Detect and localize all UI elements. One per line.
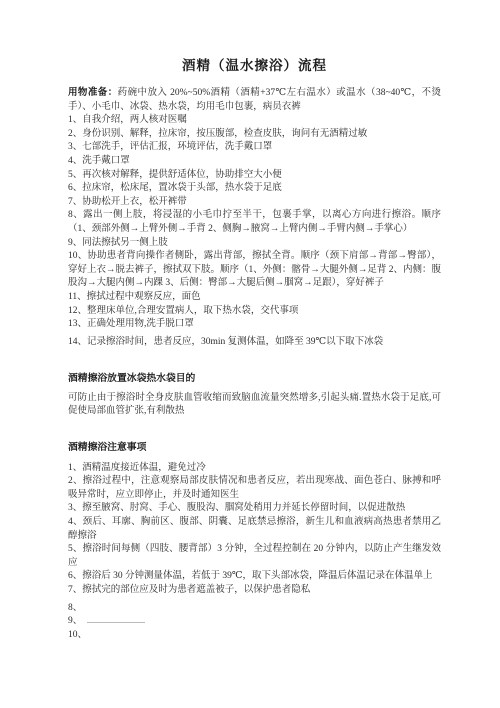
prep-text: 药碗中放入 20%~50%酒精（酒精+37℃左右温水）或温水（38~40℃，不烫…	[68, 88, 441, 112]
flow-step-3: 3、七部洗手，评估汇报，环境评估，洗手戴口罩	[68, 141, 441, 155]
faint-underline-mark	[87, 622, 145, 623]
flow-step-1: 1、自我介绍，两人核对医嘱	[68, 114, 441, 128]
note-item-2: 2、擦浴过程中，注意观察局部皮肤情况和患者反应，若出现寒战、面色苍白、脉搏和呼吸…	[68, 475, 441, 502]
prep-label: 用物准备：	[68, 88, 118, 98]
note-item-9-number: 9、	[68, 616, 82, 626]
prep-paragraph: 用物准备：药碗中放入 20%~50%酒精（酒精+37℃左右温水）或温水（38~4…	[68, 87, 441, 114]
flow-step-11: 11、擦拭过程中观察反应，面色	[68, 291, 441, 305]
document-page: 酒精（温水擦浴）流程 用物准备：药碗中放入 20%~50%酒精（酒精+37℃左右…	[0, 0, 500, 708]
flow-step-8: 8、露出一侧上肢，将浸湿的小毛巾拧至半干，包裹手掌，以离心方向进行擦浴。顺序（1…	[68, 209, 441, 236]
flow-step-10: 10、协助患者背向操作者侧卧，露出背部，擦拭全背。顺序（颈下肩部→背部→臀部），…	[68, 250, 441, 291]
note-item-9: 9、	[68, 615, 441, 629]
page-title: 酒精（温水擦浴）流程	[68, 54, 441, 74]
flow-step-9: 9、同法擦拭另一侧上肢	[68, 237, 441, 251]
note-item-4: 4、颈后、耳廓、胸前区、腹部、阴囊、足底禁忌擦浴，新生儿和血液病高热患者禁用乙醇…	[68, 516, 441, 543]
note-item-7: 7、擦拭完的部位应及时为患者遮盖被子，以保护患者隐私	[68, 584, 441, 598]
note-item-1: 1、酒精温度接近体温，避免过冷	[68, 462, 441, 476]
flow-step-14: 14、记录擦浴时间，患者反应，30min 复测体温，如降至 39℃以下取下冰袋	[68, 336, 441, 350]
flow-step-6: 6、拉床帘，松床尾，置冰袋于头部，热水袋于足底	[68, 182, 441, 196]
purpose-section-heading: 酒精擦浴放置冰袋热水袋目的	[68, 372, 441, 386]
flow-step-7: 7、协助松开上衣，松开裤带	[68, 196, 441, 210]
note-item-10: 10、	[68, 629, 441, 643]
flow-step-12: 12、整理床单位,合理安置病人，取下热水袋，交代事项	[68, 305, 441, 319]
notes-section-heading: 酒精擦浴注意事项	[68, 441, 441, 455]
note-item-5: 5、擦浴时间每侧（四肢、腰背部）3 分钟，全过程控制在 20 分钟内，以防止产生…	[68, 543, 441, 570]
flow-step-5: 5、再次核对解释，提供舒适体位，协助排空大小便	[68, 169, 441, 183]
flow-step-4: 4、洗手戴口罩	[68, 155, 441, 169]
flow-step-2: 2、身份识别、解释，拉床帘，按压腹部，检查皮肤，询问有无酒精过敏	[68, 128, 441, 142]
note-item-3: 3、擦至腋窝、肘窝、手心、腹股沟、腘窝处稍用力并延长停留时间，以促进散热	[68, 502, 441, 516]
flow-step-13: 13、正确处理用物,洗手脱口罩	[68, 318, 441, 332]
note-item-8: 8、	[68, 602, 441, 616]
purpose-body: 可防止由于擦浴时全身皮肤血管收缩而致脑血流量突然增多,引起头痛.置热水袋于足底,…	[68, 392, 441, 419]
note-item-6: 6、擦浴后 30 分钟测量体温，若低于 39℃，取下头部冰袋，降温后体温记录在体…	[68, 570, 441, 584]
